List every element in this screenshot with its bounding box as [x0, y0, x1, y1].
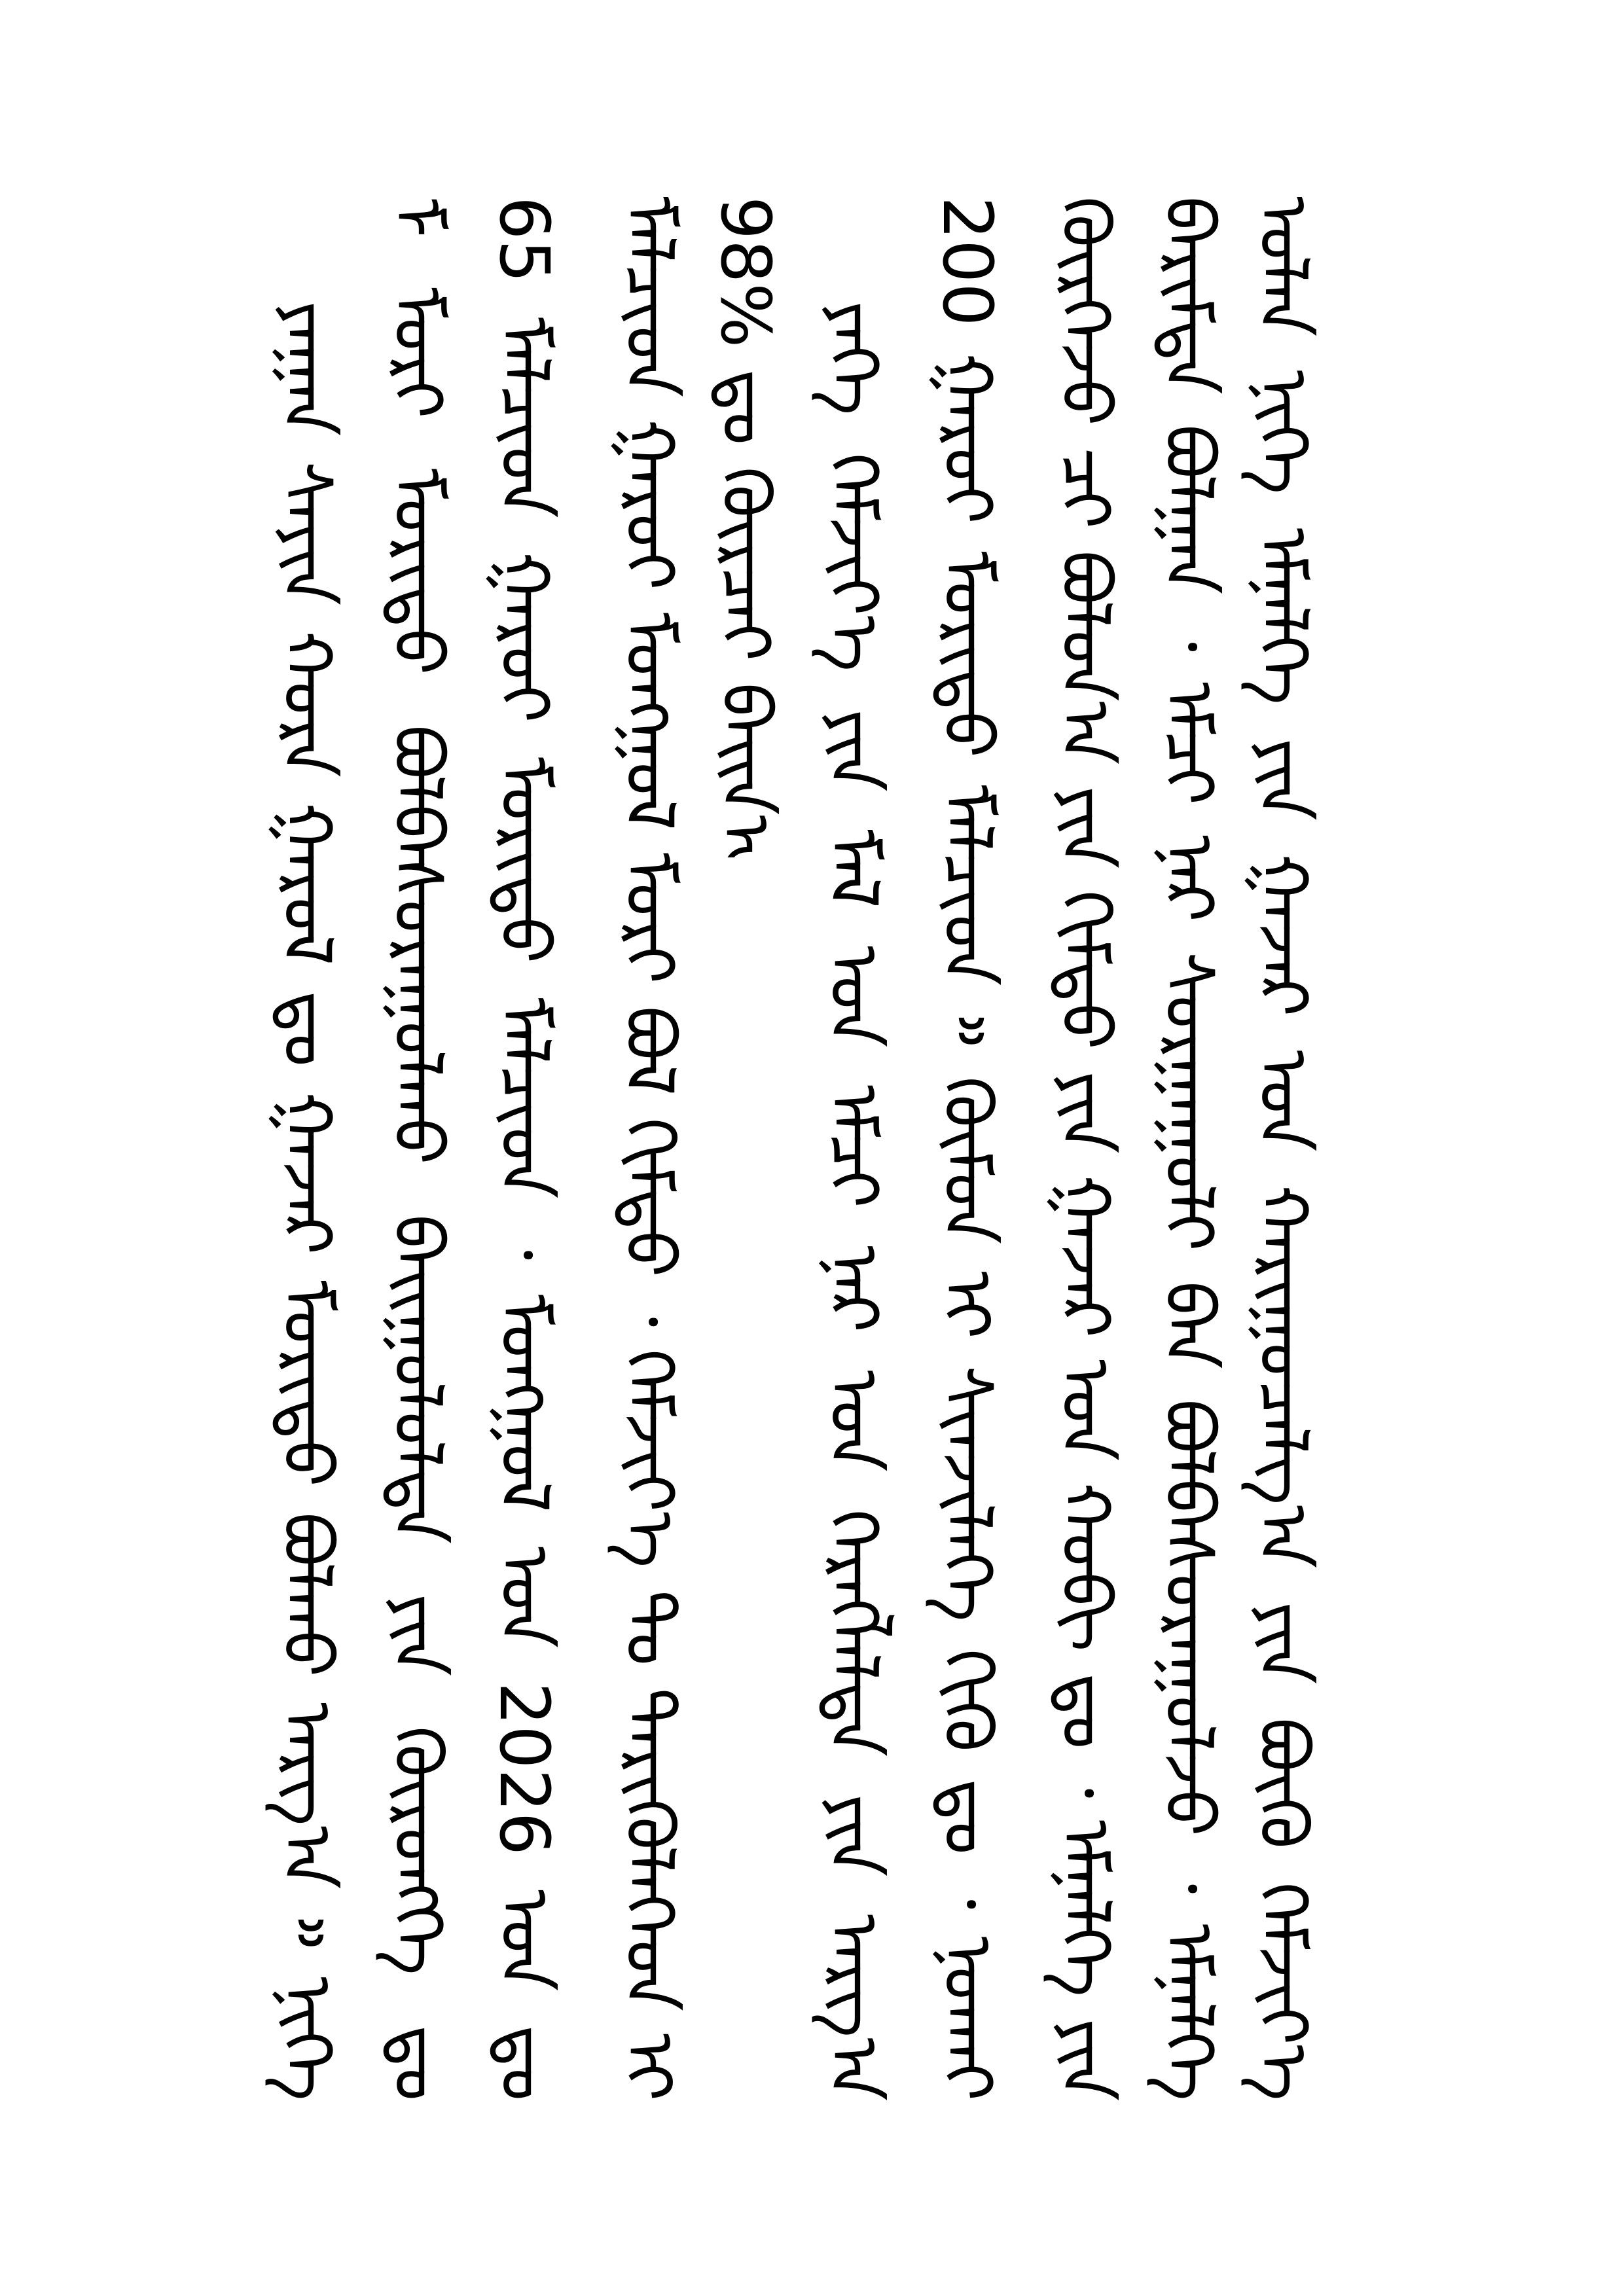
document-page: ᠶᠠᠭᠠᠨ ᠰᠠᠶᠢᠨ ᠬᠤᠷᠠ ᠭᠠᠷᠤᠯ ᠳᠤ ᠭᠠᠵᠠᠷ ᠮᠣᠷᠢᠲᠤ ᠪ…	[0, 0, 1624, 2296]
text-column-3: 65 ᠮᠠᠯᠴᠢᠳ ᠭᠠᠷᠤᠢ ᠮᠣᠷᠢᠲᠤ ᠮᠠᠯᠴᠢᠳ ᠂ ᠮᠣᠨᠭᠭᠣᠯ …	[475, 196, 573, 2101]
text-column-2: ᠮ ᠮᠣᠷᠢ ᠮᠣᠷᠢᠲᠤ ᠪᠣᠯᠪᠠᠰᠤᠷᠠᠭᠤᠯᠬᠤ ᠪᠠᠢᠭᠤᠯᠤᠯᠲᠠ …	[369, 196, 467, 2101]
text-column-4: ᠮᠠᠯᠴᠢᠳ ᠭᠠᠷᠤᠢ ᠮᠣᠨᠭᠭᠣᠯ ᠮᠣᠷᠢ ᠪᠣᠯ ᠬᠢᠮᠳᠤ ᠂ ᠬᠡ…	[600, 196, 698, 2101]
text-column-5-paragraph-end: 98% ᠳᠤ ᠬᠦᠷᠴᠡᠢ ᠪᠠᠢ᠌ᠨ᠎ᠠ ᠉	[696, 196, 795, 857]
text-column-7: 200 ᠭᠠᠷᠤᠢ ᠮᠣᠷᠢᠲᠤ ᠮᠠᠯᠴᠢᠳ ᠉ ᠬᠦᠮᠦᠨ ᠢ ᠰᠢᠨᠵᠢᠯ…	[918, 196, 1017, 2101]
text-column-6-paragraph-start: ᠶᠡᠬᠡ ᠬᠡᠮᠵᠢᠶ᠎ᠡ ᠶᠢᠨ ᠮᠠᠯ ᠤᠨ ᠡᠮᠴᠢ ᠨᠠᠷ ᠤᠨ ᠬᠡᠷ…	[804, 301, 903, 2101]
text-column-10: ᠣᠯᠠᠨ ᠨᠢᠭᠡ ᠡᠮᠨᠡᠯᠭᠡ ᠶᠢᠨ ᠭᠠᠵᠠᠷ ᠤᠨ ᠬᠠᠷᠢᠭᠤᠴᠠᠯ…	[1234, 196, 1332, 2101]
text-column-8: ᠬᠦᠷᠭᠡᠵᠦ ᠴᠢ ᠪᠣᠯᠤᠨ᠎ᠠ ᠶᠢᠨ ᠬᠢᠮᠳᠤ ᠶᠢᠨ ᠭᠠᠵᠠᠷ ᠤ…	[1036, 196, 1134, 2101]
text-column-1: ᠶᠠᠭᠠᠨ ᠰᠠᠶᠢᠨ ᠬᠤᠷᠠ ᠭᠠᠷᠤᠯ ᠳᠤ ᠭᠠᠵᠠᠷ ᠮᠣᠷᠢᠲᠤ ᠪ…	[258, 301, 356, 2101]
text-column-9: ᠪᠠᠷᠢᠮᠲᠠ ᠪᠣᠯᠭᠠᠨ ᠂ ᠡᠮᠴᠢ ᠨᠠᠷ ᠰᠤᠷᠭᠠᠭᠤᠯᠢ ᠪᠠᠨ …	[1140, 196, 1238, 2101]
